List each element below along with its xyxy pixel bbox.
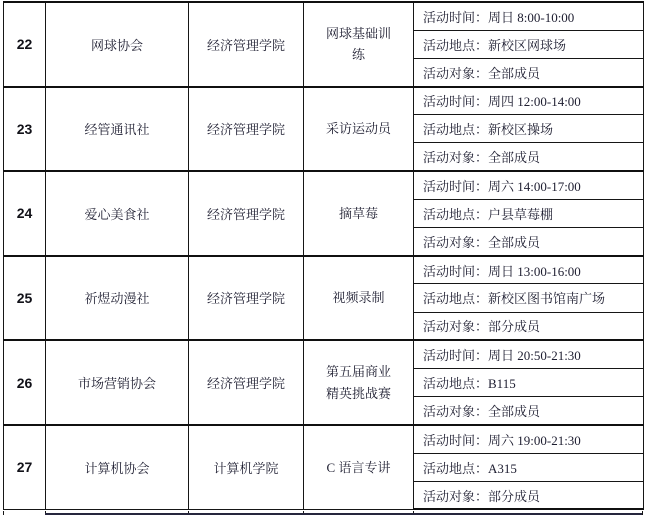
clipped-next-row — [3, 511, 643, 515]
activity-name-text: 视频录制 — [325, 287, 392, 308]
table-row: 25 祈煜动漫社 经济管理学院 视频录制 活动时间：周日 13:00-16:00 — [4, 256, 644, 284]
college-name: 经济管理学院 — [189, 340, 304, 425]
activity-name-text: 第五届商业精英挑战赛 — [325, 361, 392, 404]
detail-place: 活动地点：新校区操场 — [414, 115, 644, 143]
detail-place: 活动地点：户县草莓棚 — [414, 199, 644, 227]
row-number: 27 — [4, 425, 46, 510]
club-name: 经管通讯社 — [46, 87, 189, 172]
table-row: 22 网球协会 经济管理学院 网球基础训练 活动时间：周日 8:00-10:00 — [4, 2, 644, 30]
detail-target: 活动对象：全部成员 — [414, 397, 644, 425]
detail-target: 活动对象：全部成员 — [414, 228, 644, 256]
activity-name: 摘草莓 — [304, 171, 414, 256]
detail-time: 活动时间：周六 14:00-17:00 — [414, 171, 644, 199]
activity-name-text: 采访运动员 — [325, 118, 392, 139]
column-border — [642, 511, 643, 515]
activity-name-text: C 语言专讲 — [325, 457, 392, 478]
table-row: 23 经管通讯社 经济管理学院 采访运动员 活动时间：周四 12:00-14:0… — [4, 87, 644, 115]
row-number: 24 — [4, 171, 46, 256]
detail-time: 活动时间：周四 12:00-14:00 — [414, 87, 644, 115]
detail-time: 活动时间：周日 20:50-21:30 — [414, 340, 644, 368]
activity-name: 采访运动员 — [304, 87, 414, 172]
club-name: 计算机协会 — [46, 425, 189, 510]
activity-name: 网球基础训练 — [304, 2, 414, 87]
table-row: 26 市场营销协会 经济管理学院 第五届商业精英挑战赛 活动时间：周日 20:5… — [4, 340, 644, 368]
activity-name-text: 摘草莓 — [325, 203, 392, 224]
activity-name: 视频录制 — [304, 256, 414, 341]
detail-time: 活动时间：周日 8:00-10:00 — [414, 2, 644, 30]
activity-name-text: 网球基础训练 — [325, 23, 392, 66]
row-number: 23 — [4, 87, 46, 172]
college-name: 经济管理学院 — [189, 2, 304, 87]
college-name: 经济管理学院 — [189, 256, 304, 341]
club-name: 网球协会 — [46, 2, 189, 87]
column-border — [3, 511, 4, 515]
detail-target: 活动对象：全部成员 — [414, 58, 644, 86]
club-activity-table: 22 网球协会 经济管理学院 网球基础训练 活动时间：周日 8:00-10:00… — [3, 1, 644, 510]
detail-place: 活动地点：A315 — [414, 453, 644, 481]
club-name: 祈煜动漫社 — [46, 256, 189, 341]
row-number: 26 — [4, 340, 46, 425]
table-row: 27 计算机协会 计算机学院 C 语言专讲 活动时间：周六 19:00-21:3… — [4, 425, 644, 453]
table-row: 24 爱心美食社 经济管理学院 摘草莓 活动时间：周六 14:00-17:00 — [4, 171, 644, 199]
row-number: 22 — [4, 2, 46, 87]
college-name: 计算机学院 — [189, 425, 304, 510]
detail-target: 活动对象：部分成员 — [414, 312, 644, 340]
club-name: 市场营销协会 — [46, 340, 189, 425]
detail-target: 活动对象：全部成员 — [414, 143, 644, 171]
row-number: 25 — [4, 256, 46, 341]
activity-name: 第五届商业精英挑战赛 — [304, 340, 414, 425]
activity-name: C 语言专讲 — [304, 425, 414, 510]
college-name: 经济管理学院 — [189, 87, 304, 172]
document-page: 22 网球协会 经济管理学院 网球基础训练 活动时间：周日 8:00-10:00… — [0, 0, 653, 515]
college-name: 经济管理学院 — [189, 171, 304, 256]
detail-place: 活动地点：新校区图书馆南广场 — [414, 284, 644, 312]
detail-place: 活动地点：B115 — [414, 368, 644, 396]
club-name: 爱心美食社 — [46, 171, 189, 256]
detail-time: 活动时间：周六 19:00-21:30 — [414, 425, 644, 453]
detail-target: 活动对象：部分成员 — [414, 481, 644, 509]
detail-place: 活动地点：新校区网球场 — [414, 30, 644, 58]
detail-time: 活动时间：周日 13:00-16:00 — [414, 256, 644, 284]
